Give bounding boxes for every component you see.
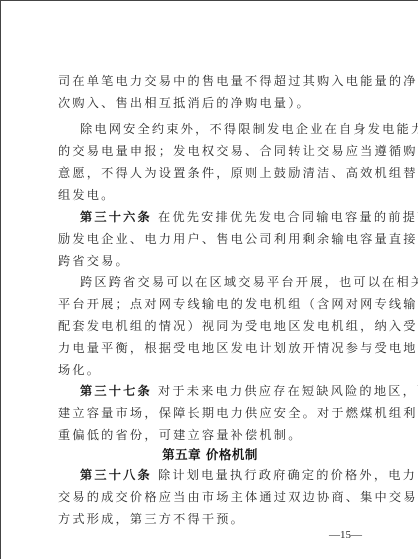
article-number: 第三十八条	[80, 468, 152, 482]
article-38-start: 第三十八条 除计划电量执行政府确定的价格外，电力中长期	[80, 468, 363, 482]
text-line: 次购入、售出相互抵消后的净购电量）。	[58, 96, 363, 110]
text-line: 平台开展；点对网专线输电的发电机组（含网对网专线输电但明确	[58, 297, 363, 311]
article-number: 第三十七条	[80, 384, 152, 398]
text-line: 交易的成交价格应当由市场主体通过双边协商、集中交易等市场化	[58, 490, 363, 504]
document-page: 司在单笔电力交易中的售电量不得超过其购入电能量的净值（指多 次购入、售出相互抵消…	[0, 0, 418, 559]
paragraph-start: 除电网安全约束外，不得限制发电企业在自身发电能力范围内	[80, 122, 363, 136]
text-line: 的交易电量申报；发电权交易、合同转让交易应当遵循购售双方的	[58, 144, 363, 158]
article-text: 对于未来电力供应存在短缺风险的地区，可探索	[152, 384, 418, 398]
article-37-start: 第三十七条 对于未来电力供应存在短缺风险的地区，可探索	[80, 384, 363, 398]
article-text: 除计划电量执行政府确定的价格外，电力中长期	[152, 468, 418, 482]
text-line: 组发电。	[58, 188, 363, 202]
text-line: 重偏低的省份，可建立容量补偿机制。	[58, 428, 363, 442]
text-line: 建立容量市场，保障长期电力供应安全。对于燃煤机组利用小时严	[58, 406, 363, 420]
chapter-heading: 第五章 价格机制	[1, 445, 418, 463]
text-line: 司在单笔电力交易中的售电量不得超过其购入电能量的净值（指多	[58, 74, 363, 88]
text-line: 场化。	[58, 363, 363, 377]
text-line: 方式形成，第三方不得干预。	[58, 512, 363, 526]
article-36-start: 第三十六条 在优先安排优先发电合同输电容量的前提下，鼓	[80, 210, 363, 224]
paragraph-start: 跨区跨省交易可以在区域交易平台开展，也可以在相关省交易	[80, 275, 363, 289]
text-line: 励发电企业、电力用户、售电公司利用剩余输电容量直接进行跨区	[58, 232, 363, 246]
article-number: 第三十六条	[80, 210, 152, 224]
article-text: 在优先安排优先发电合同输电容量的前提下，鼓	[152, 210, 418, 224]
text-line: 配套发电机组的情况）视同为受电地区发电机组，纳入受电地区电	[58, 319, 363, 333]
page-number: —15—	[329, 529, 362, 541]
text-line: 跨省交易。	[58, 254, 363, 268]
text-line: 力电量平衡，根据受电地区发电计划放开情况参与受电地区电力市	[58, 341, 363, 355]
text-line: 意愿，不得人为设置条件，原则上鼓励清洁、高效机组替代低效机	[58, 166, 363, 180]
